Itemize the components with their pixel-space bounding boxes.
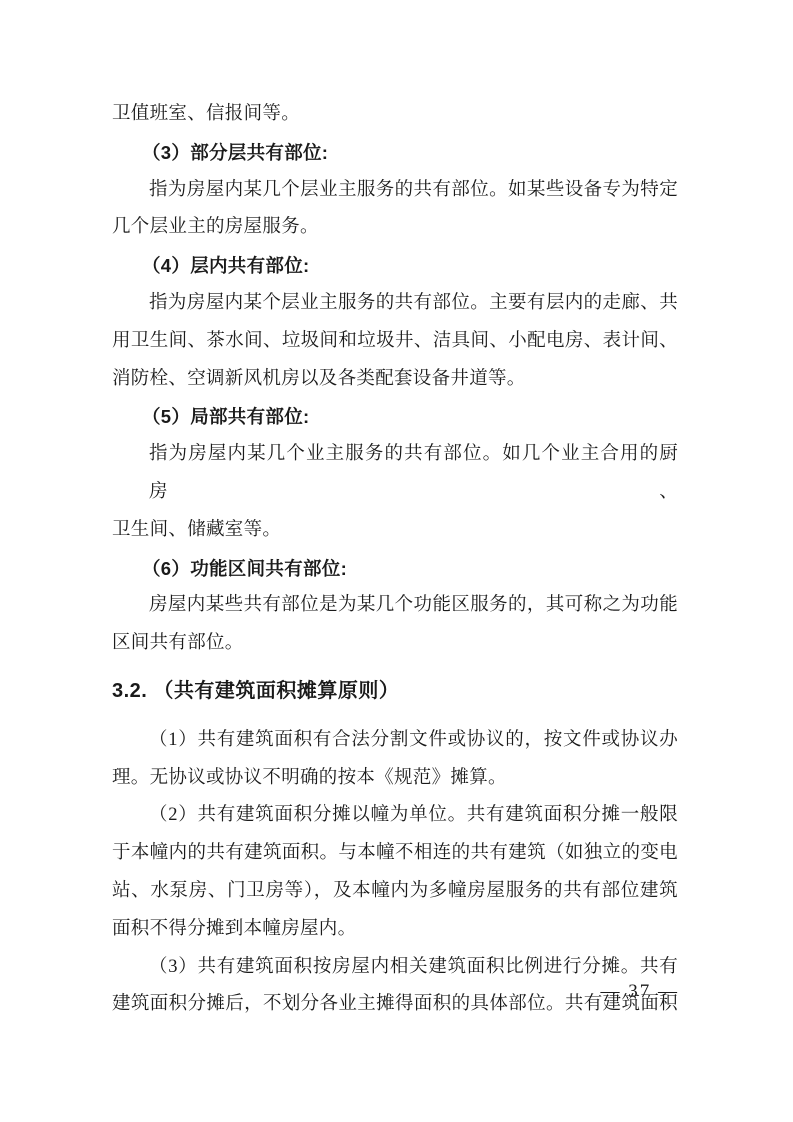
page-number: — 37 — — [601, 981, 680, 1003]
text-line: 用卫生间、茶水间、垃圾间和垃圾井、洁具间、小配电房、表计间、 — [112, 323, 678, 361]
text-line: （1）共有建筑面积有合法分割文件或协议的，按文件或协议办 — [112, 722, 678, 760]
text-line: 建筑面积分摊后，不划分各业主摊得面积的具体部位。共有建筑面积 — [112, 986, 678, 1024]
subheading-line: （5）局部共有部位: — [112, 398, 678, 436]
text-line: 指为房屋内某几个层业主服务的共有部位。如某些设备专为特定 — [112, 172, 678, 210]
text-line: 消防栓、空调新风机房以及各类配套设备井道等。 — [112, 361, 678, 399]
text-line: 几个层业主的房屋服务。 — [112, 209, 678, 247]
text-line: （3）共有建筑面积按房屋内相关建筑面积比例进行分摊。共有 — [112, 949, 678, 987]
subheading-line: （4）层内共有部位: — [112, 247, 678, 285]
text-line: 卫值班室、信报间等。 — [112, 96, 678, 134]
document-body: 卫值班室、信报间等。（3）部分层共有部位:指为房屋内某几个层业主服务的共有部位。… — [112, 96, 678, 1024]
text-line: （2）共有建筑面积分摊以幢为单位。共有建筑面积分摊一般限 — [112, 797, 678, 835]
section-heading: 3.2. （共有建筑面积摊算原则） — [112, 673, 678, 711]
text-line: 房屋内某些共有部位是为某几个功能区服务的，其可称之为功能 — [112, 587, 678, 625]
document-page: 卫值班室、信报间等。（3）部分层共有部位:指为房屋内某几个层业主服务的共有部位。… — [0, 0, 793, 1122]
text-line: 区间共有部位。 — [112, 625, 678, 663]
text-line: 指为房屋内某个层业主服务的共有部位。主要有层内的走廊、共 — [112, 285, 678, 323]
text-line: 面积不得分摊到本幢房屋内。 — [112, 911, 678, 949]
text-line: 理。无协议或协议不明确的按本《规范》摊算。 — [112, 760, 678, 798]
text-line: 于本幢内的共有建筑面积。与本幢不相连的共有建筑（如独立的变电 — [112, 835, 678, 873]
text-line: 站、水泵房、门卫房等），及本幢内为多幢房屋服务的共有部位建筑 — [112, 873, 678, 911]
text-line: 卫生间、储藏室等。 — [112, 512, 678, 550]
text-line: 指为房屋内某几个业主服务的共有部位。如几个业主合用的厨房、 — [112, 436, 678, 512]
subheading-line: （3）部分层共有部位: — [112, 134, 678, 172]
subheading-line: （6）功能区间共有部位: — [112, 550, 678, 588]
